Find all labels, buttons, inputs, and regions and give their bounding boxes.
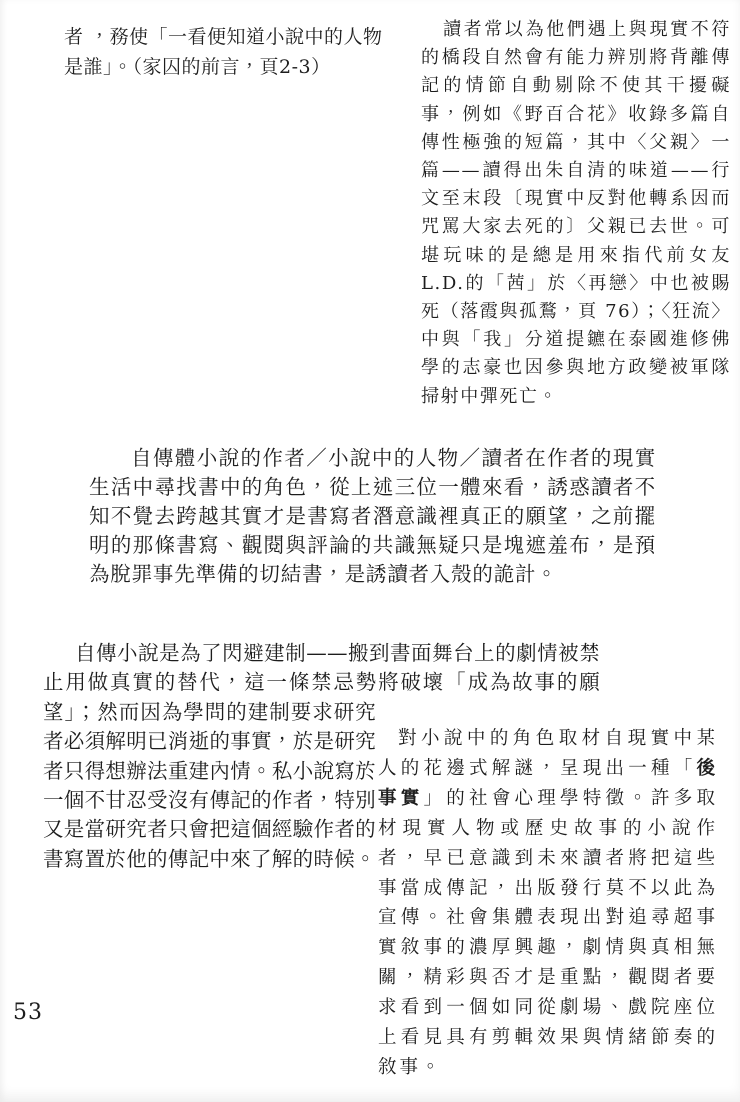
- page-number: 53: [13, 1000, 43, 1025]
- side-note-bottom: 對小說中的角色取材自現實中某人的花邊式解謎，呈現出一種「後事實」的社會心理學特徵…: [378, 724, 718, 1083]
- side-note-bottom-rest: 」的社會心理學特徵。許多取材現實人物或歷史故事的小說作者，早已意識到未來讀者將把…: [378, 788, 718, 1078]
- side-note-bottom-lead: 對小說中的角色取材自現實中某人的花邊式解謎，呈現出一種「: [378, 728, 718, 779]
- continuation-quote: 者 ，務使「一看便知道小說中的人物是誰」。（家囚的前言，頁2-3）: [64, 22, 400, 82]
- body-paragraph-1: 自傳體小說的作者／小說中的人物／讀者在作者的現實生活中尋找書中的角色，從上述三位…: [89, 444, 656, 589]
- book-page: 者 ，務使「一看便知道小說中的人物是誰」。（家囚的前言，頁2-3） 讀者常以為他…: [0, 0, 740, 1102]
- text-wrap-spacer: [600, 639, 601, 698]
- side-note-top: 讀者常以為他們遇上與現實不符的橋段自然會有能力辨別將背離傳記的情節自動剔除不使其…: [421, 16, 731, 411]
